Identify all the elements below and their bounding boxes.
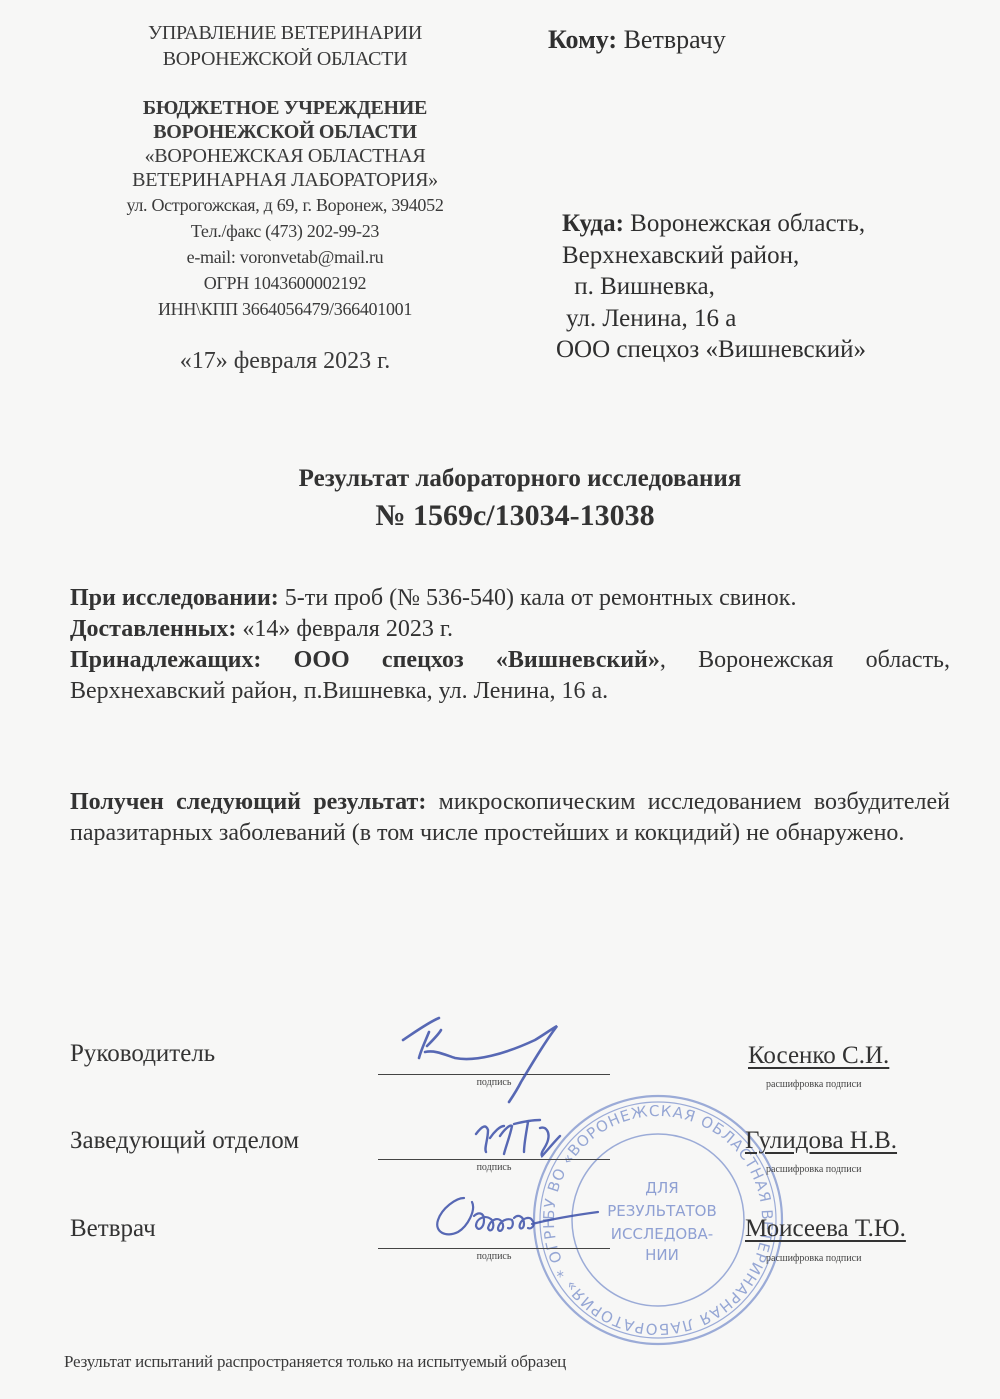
institution-name: БЮДЖЕТНОЕ УЧРЕЖДЕНИЕ ВОРОНЕЖСКОЙ ОБЛАСТИ…	[60, 96, 510, 192]
institution-inn-kpp: ИНН\КПП 3664056479/366401001	[60, 296, 510, 322]
title-line-1: Результат лабораторного исследования	[40, 462, 1000, 496]
study-details: При исследовании: 5-ти проб (№ 536-540) …	[70, 583, 950, 707]
signer-role-head: Руководитель	[70, 1040, 215, 1068]
svg-text:НИИ: НИИ	[645, 1246, 679, 1264]
where-line-2: Верхнехавский район,	[562, 240, 866, 272]
document-title: Результат лабораторного исследования № 1…	[0, 462, 1000, 536]
institution-header: УПРАВЛЕНИЕ ВЕТЕРИНАРИИ ВОРОНЕЖСКОЙ ОБЛАС…	[60, 20, 510, 376]
signature-dept-head-icon	[470, 1112, 580, 1162]
recipient-to: Кому: Ветврачу	[548, 24, 726, 56]
signer-name-caption-vet: расшифровка подписи	[766, 1253, 861, 1264]
inst-line-2: ВОРОНЕЖСКОЙ ОБЛАСТИ	[153, 121, 417, 143]
institution-address: ул. Острогожская, д 69, г. Воронеж, 3940…	[60, 192, 510, 218]
signer-name-head: Косенко С.И.	[748, 1042, 889, 1070]
department-name: УПРАВЛЕНИЕ ВЕТЕРИНАРИИ ВОРОНЕЖСКОЙ ОБЛАС…	[60, 20, 510, 72]
result-paragraph: Получен следующий результат: микроскопич…	[70, 787, 950, 849]
institution-email: e-mail: voronvetab@mail.ru	[60, 244, 510, 270]
delivered-label: Доставленных:	[70, 616, 236, 642]
recipient-address: Куда: Воронежская область, Верхнехавский…	[562, 208, 866, 366]
delivered-text: «14» февраля 2023 г.	[236, 616, 453, 642]
signer-role-vet: Ветврач	[70, 1215, 156, 1243]
where-line-1: Воронежская область,	[624, 210, 865, 237]
delivered-paragraph: Доставленных: «14» февраля 2023 г.	[70, 614, 950, 645]
institution-phone: Тел./факс (473) 202-99-23	[60, 218, 510, 244]
to-value: Ветврачу	[617, 25, 726, 54]
dept-line-1: УПРАВЛЕНИЕ ВЕТЕРИНАРИИ	[60, 20, 510, 46]
where-line-5: ООО спецхоз «Вишневский»	[556, 334, 866, 366]
signature-caption-vet: подпись	[378, 1251, 610, 1262]
signer-name-vet: Моисеева Т.Ю.	[745, 1215, 906, 1243]
dept-line-2: ВОРОНЕЖСКОЙ ОБЛАСТИ	[60, 46, 510, 72]
svg-text:ДЛЯ: ДЛЯ	[645, 1179, 678, 1197]
document-date: «17» февраля 2023 г.	[60, 346, 510, 376]
result-number: № 1569с/13034-13038	[30, 496, 1000, 536]
signature-vet-icon	[428, 1190, 618, 1250]
signature-caption-dept-head: подпись	[378, 1162, 610, 1173]
inst-line-3: «ВОРОНЕЖСКАЯ ОБЛАСТНАЯ	[60, 144, 510, 168]
signature-head-icon	[395, 1012, 585, 1102]
to-label: Кому:	[548, 25, 617, 54]
institution-contacts: ул. Острогожская, д 69, г. Воронеж, 3940…	[60, 192, 510, 322]
lab-result-document: УПРАВЛЕНИЕ ВЕТЕРИНАРИИ ВОРОНЕЖСКОЙ ОБЛАС…	[0, 0, 1000, 1399]
study-label: При исследовании:	[70, 585, 279, 611]
study-text: 5-ти проб (№ 536-540) кала от ремонтных …	[279, 585, 797, 611]
result-label: Получен следующий результат:	[70, 789, 426, 815]
owner-label: Принадлежащих: ООО спецхоз «Вишневский»	[70, 647, 660, 673]
svg-text:ИССЛЕДОВА-: ИССЛЕДОВА-	[611, 1225, 713, 1243]
signer-role-dept-head: Заведующий отделом	[70, 1127, 299, 1155]
inst-line-4: ВЕТЕРИНАРНАЯ ЛАБОРАТОРИЯ»	[60, 168, 510, 192]
institution-ogrn: ОГРН 1043600002192	[60, 270, 510, 296]
study-paragraph: При исследовании: 5-ти проб (№ 536-540) …	[70, 583, 950, 614]
signer-name-dept-head: Гулидова Н.В.	[745, 1127, 897, 1155]
footer-disclaimer: Результат испытаний распространяется тол…	[64, 1352, 566, 1372]
signer-name-caption-head: расшифровка подписи	[766, 1079, 861, 1090]
svg-text:РЕЗУЛЬТАТОВ: РЕЗУЛЬТАТОВ	[607, 1202, 717, 1220]
owner-paragraph: Принадлежащих: ООО спецхоз «Вишневский»,…	[70, 645, 950, 707]
signer-name-caption-dept-head: расшифровка подписи	[766, 1164, 861, 1175]
where-line-3: п. Вишневка,	[562, 271, 866, 303]
inst-line-1: БЮДЖЕТНОЕ УЧРЕЖДЕНИЕ	[143, 97, 427, 119]
where-line-4: ул. Ленина, 16 а	[562, 303, 866, 335]
where-label: Куда:	[562, 210, 624, 237]
